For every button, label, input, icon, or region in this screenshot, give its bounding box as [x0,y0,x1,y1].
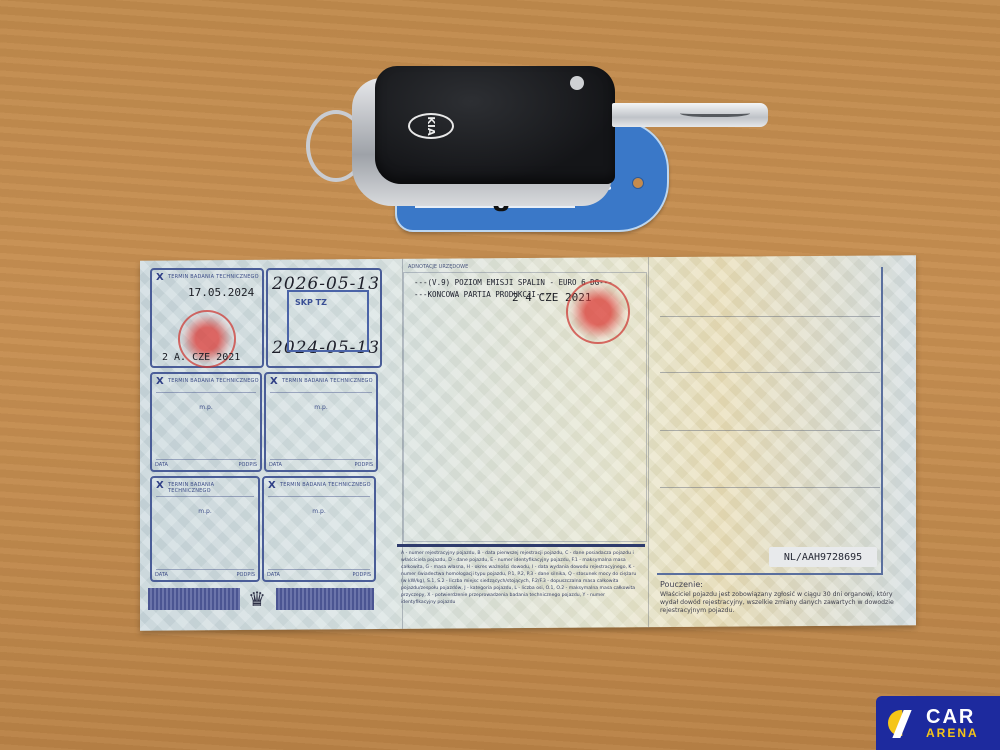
date-label: DATA [155,572,168,578]
sign-label: PODPIS [237,572,255,578]
stamp-date: 2 A. CZE 2021 [162,352,240,363]
box-rule [268,569,370,570]
box-rule [156,569,254,570]
date-label: DATA [155,462,168,468]
box-rule [270,459,372,460]
mp-label: m.p. [264,508,374,515]
sign-label: PODPIS [239,462,257,468]
box-header: TERMIN BADANIA TECHNICZNEGO [168,274,259,280]
inspection-box-4: X TERMIN BADANIA TECHNICZNEGO m.p. DATA … [264,372,378,472]
field-legend: A - numer rejestracyjny pojazdu, B - dat… [397,544,645,622]
box-rule [156,496,254,497]
date-label: DATA [269,462,282,468]
mp-label: m.p. [152,508,258,515]
box-rule [156,459,256,460]
box-rule [156,392,256,393]
inspection-box-6: X TERMIN BADANIA TECHNICZNEGO m.p. DATA … [262,476,376,582]
panel-divider [648,257,649,627]
box-header: TERMIN BADANIA TECHNICZNEGO [280,482,371,488]
brand-name-line2: ARENA [926,727,979,739]
key-tag-hole [632,177,644,189]
x-mark: X [156,272,164,283]
official-stamp [566,280,630,344]
ruled-line [660,487,880,488]
x-mark: X [156,480,164,491]
security-bar-left [148,588,240,610]
remarks-title: ADNOTACJE URZĘDOWE [408,264,468,270]
right-panel-frame [657,267,883,575]
inspection-box-3: X TERMIN BADANIA TECHNICZNEGO m.p. DATA … [150,372,262,472]
car-arena-mark-icon [888,708,918,738]
date-label: DATA [267,572,280,578]
ruled-line [660,430,880,431]
box-header: TERMIN BADANIA TECHNICZNEGO [282,378,373,384]
notice-body: Właściciel pojazdu jest zobowiązany zgło… [660,591,910,615]
inspection-box-1: X TERMIN BADANIA TECHNICZNEGO 17.05.2024… [150,268,264,368]
document-serial-number: NL/AAH9728695 [769,547,877,567]
mp-label: m.p. [266,404,376,411]
mp-label: m.p. [152,404,260,411]
notice-title: Pouczenie: [660,580,703,589]
box-header: TERMIN BADANIA TECHNICZNEGO [168,482,258,494]
kia-logo-icon: KIA [408,113,454,139]
sign-label: PODPIS [355,462,373,468]
key-fold-button [570,76,584,90]
inspection-box-5: X TERMIN BADANIA TECHNICZNEGO m.p. DATA … [150,476,260,582]
skp-stamp: SKP TZ [287,290,369,352]
box-header: TERMIN BADANIA TECHNICZNEGO [168,378,259,384]
box-rule [268,496,370,497]
x-mark: X [270,376,278,387]
ruled-line [660,372,880,373]
security-bar-right [276,588,374,610]
x-mark: X [156,376,164,387]
box-rule [270,392,372,393]
ruled-line [660,316,880,317]
sign-label: PODPIS [353,572,371,578]
polish-eagle-emblem-icon: ♛ [244,586,270,612]
inspection-date: 17.05.2024 [188,286,254,299]
brand-name-line1: CAR [926,707,979,727]
key-blade-groove [680,108,750,117]
car-arena-logo: CAR ARENA [876,696,1000,750]
x-mark: X [268,480,276,491]
